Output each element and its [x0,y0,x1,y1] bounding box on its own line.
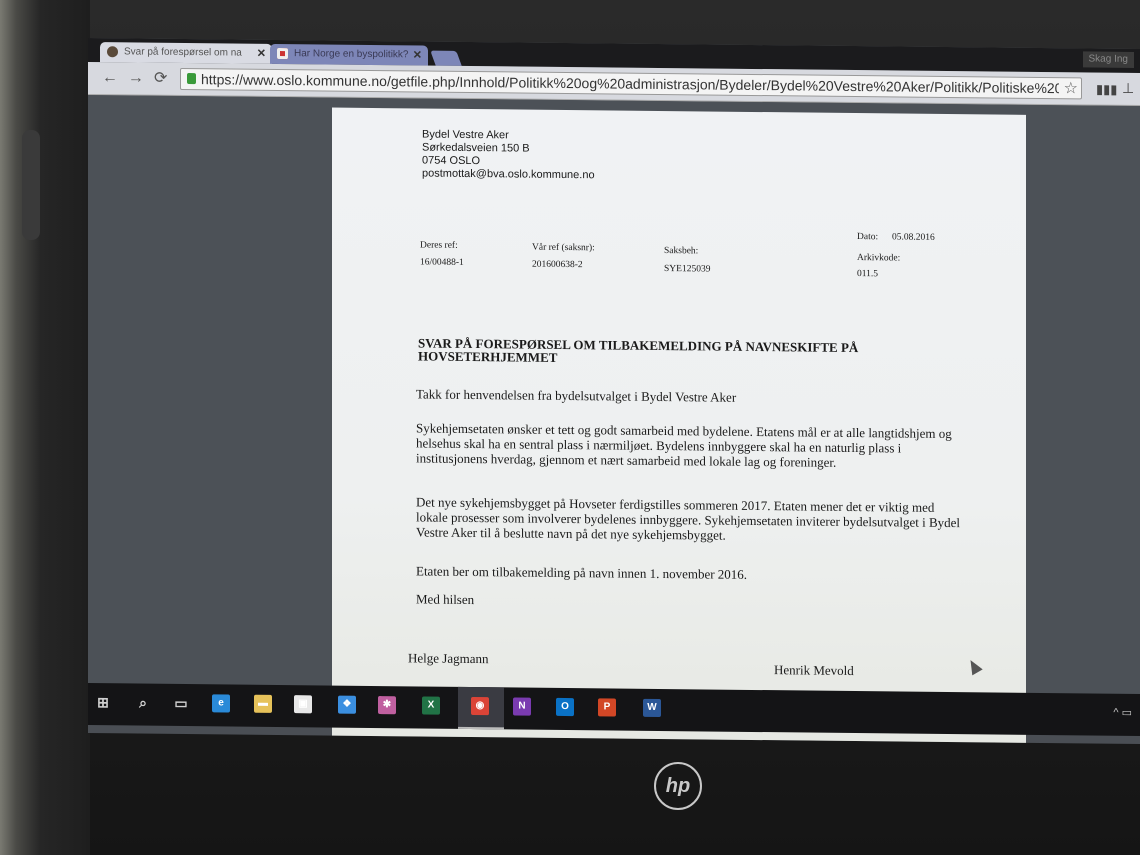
closing: Med hilsen [416,591,976,612]
paragraph-intro: Takk for henvendelsen fra bydelsutvalget… [416,386,976,407]
pdf-viewer: Bydel Vestre Aker Sørkedalsveien 150 B 0… [88,95,1140,706]
signature-left: Helge Jagmann [408,650,489,667]
start-icon[interactable]: ⊞ [94,693,112,711]
close-tab-icon[interactable]: ✕ [257,44,266,64]
word-icon[interactable]: W [643,699,661,717]
var-ref-value: 201600638-2 [532,260,583,271]
file-explorer-icon[interactable]: ▬ [254,695,272,713]
stamp-icon[interactable]: ⊥ [1122,80,1134,97]
task-view-icon[interactable]: ▭ [172,694,190,712]
pdf-page: Bydel Vestre Aker Sørkedalsveien 150 B 0… [332,108,1026,744]
bookmark-star-icon[interactable]: ☆ [1064,78,1078,98]
dropbox-icon[interactable]: ❖ [338,696,356,714]
sender-address: Bydel Vestre Aker Sørkedalsveien 150 B 0… [422,128,595,182]
url-text[interactable]: https://www.oslo.kommune.no/getfile.php/… [201,71,1059,96]
sender-email: postmottak@bva.oslo.kommune.no [422,167,595,182]
saksbeh-label: Saksbeh: [664,246,698,256]
hp-logo: hp [654,762,702,810]
forward-icon[interactable]: → [128,69,144,87]
saksbeh-value: SYE125039 [664,264,710,274]
tab-title: Har Norge en byspolitikk? [294,48,409,60]
new-tab-button[interactable] [430,51,461,66]
favicon-icon [277,48,288,59]
system-tray[interactable]: ^ ▭ [1113,706,1132,719]
paragraph-2: Det nye sykehjemsbygget på Hovseter ferd… [416,494,968,545]
signature-right: Henrik Mevold [774,662,854,679]
excel-icon[interactable]: X [422,696,440,714]
powerpoint-icon[interactable]: P [598,698,616,716]
dato-value: 05.08.2016 [892,232,935,242]
photos-icon[interactable]: ✱ [378,696,396,714]
address-bar[interactable]: https://www.oslo.kommune.no/getfile.php/… [180,68,1082,99]
screen: Svar på forespørsel om na ✕ Har Norge en… [88,38,1140,744]
bezel-hinge [22,130,40,240]
close-tab-icon[interactable]: ✕ [413,45,422,65]
outlook-icon[interactable]: O [556,698,574,716]
arkivkode-label: Arkivkode: [857,253,900,263]
chrome-icon[interactable]: ◉ [471,697,489,715]
laptop-bezel-left [0,0,90,855]
onenote-icon[interactable]: N [513,697,531,715]
deres-ref-label: Deres ref: [420,240,458,250]
paragraph-1: Sykehjemsetaten ønsker et tett og godt s… [416,420,964,471]
search-icon[interactable]: ⌕ [134,693,152,711]
edge-icon[interactable]: e [212,694,230,712]
signin-button[interactable]: Skag Ing [1083,51,1134,68]
bar-chart-icon[interactable]: ▮▮▮ [1096,82,1117,98]
back-icon[interactable]: ← [102,69,118,87]
tab-inactive[interactable]: Har Norge en byspolitikk? ✕ [270,44,428,66]
tab-title: Svar på forespørsel om na [124,46,242,58]
dato-label: Dato: [857,232,878,242]
var-ref-label: Vår ref (saksnr): [532,243,595,254]
letter-title: SVAR PÅ FORESPØRSEL OM TILBAKEMELDING PÅ… [418,336,978,368]
lock-icon [187,73,196,84]
store-icon[interactable]: ▣ [294,695,312,713]
tab-active[interactable]: Svar på forespørsel om na ✕ [100,42,272,64]
arkivkode-value: 011.5 [857,269,878,279]
favicon-icon [107,46,118,57]
paragraph-deadline: Etaten ber om tilbakemelding på navn inn… [416,563,976,584]
deres-ref-value: 16/00488-1 [420,257,464,267]
reload-icon[interactable]: ⟳ [154,70,167,88]
